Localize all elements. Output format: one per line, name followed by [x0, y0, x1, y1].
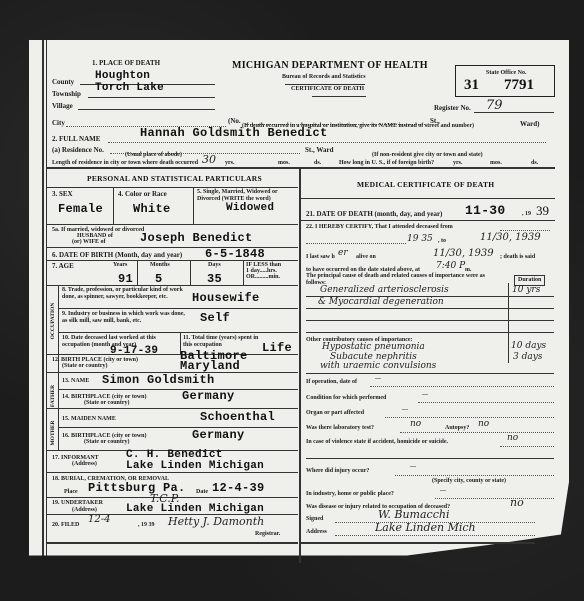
rule: [46, 354, 298, 355]
autopsy-value: no: [478, 419, 489, 429]
age-years: 91: [118, 272, 133, 286]
duration-label: Duration: [514, 275, 545, 286]
certificate-subtitle: CERTIFICATE OF DEATH: [291, 86, 364, 93]
rule: [306, 320, 554, 321]
township-label: Township: [52, 90, 81, 98]
marital-value: Widowed: [226, 202, 274, 214]
nonresident-note: (If non-resident give city or town and s…: [372, 152, 483, 159]
condition-label: Condition for which performed: [306, 395, 386, 402]
alive-on-label: alive on: [356, 254, 376, 261]
left-border-inner: [46, 40, 47, 560]
contrib-3: with uraemic convulsions: [320, 361, 436, 371]
rule: [370, 386, 554, 387]
length-ds: ds.: [314, 160, 321, 167]
rule: [193, 187, 194, 224]
medical-heading: MEDICAL CERTIFICATE OF DEATH: [357, 180, 494, 189]
county-value: Houghton: [95, 70, 150, 82]
residence-label: (a) Residence No.: [52, 146, 104, 154]
register-value: 79: [486, 98, 503, 113]
length-yrs: yrs.: [225, 160, 235, 167]
rule: [400, 432, 554, 433]
informant-sub: (Address): [72, 461, 97, 468]
injury-where-label: Where did injury occur?: [306, 468, 369, 475]
burial-date: 12-4-39: [212, 481, 265, 495]
rule: [113, 187, 114, 224]
injury-where-value: —: [410, 464, 416, 471]
to-label: , to: [438, 238, 446, 245]
dod-value: 11-30: [465, 203, 506, 218]
duration-column: [508, 283, 509, 363]
death-said-label: ; death is said: [500, 254, 535, 261]
state-office-box: State Office No. 31 7791: [455, 65, 555, 97]
dob-value: 6-5-1848: [205, 247, 265, 261]
us-length-label: How long in U. S., if of foreign birth?: [339, 160, 434, 167]
registrar-signature: Hetty J. Damonth: [168, 515, 264, 528]
dod-year-prefix: , 19: [522, 211, 531, 218]
township-line: [88, 97, 215, 98]
race-value: White: [133, 202, 171, 216]
personal-heading: PERSONAL AND STATISTICAL PARTICULARS: [87, 174, 262, 183]
full-name-value: Hannah Goldsmith Benedict: [140, 126, 328, 140]
state-office-number: 7791: [504, 77, 534, 94]
attended-from-year: 19 35: [407, 234, 433, 244]
operation-value: —: [375, 376, 381, 383]
place-of-death-heading: 1. PLACE OF DEATH: [92, 59, 160, 67]
bottom-rule: [300, 542, 535, 544]
rule: [385, 417, 554, 418]
rule: [58, 427, 298, 428]
lab-label: Was there laboratory test?: [306, 425, 374, 432]
rule: [243, 260, 244, 285]
autopsy-label: Autopsy?: [445, 425, 469, 432]
signed-label: Signed: [306, 516, 323, 523]
length-residence-value: 30: [202, 153, 216, 166]
spouse-label-3: (or) WIFE of: [72, 239, 106, 246]
organ-value: —: [402, 407, 408, 414]
birthplace-state: Maryland: [180, 359, 240, 373]
rule: [306, 332, 554, 333]
register-label: Register No.: [434, 104, 471, 112]
attended-to: 11/30, 1939: [480, 232, 541, 243]
rule: [46, 472, 298, 473]
length-residence-label: Length of residence in city or town wher…: [52, 160, 198, 167]
rule: [306, 373, 554, 374]
village-line: [78, 109, 215, 110]
marital-label: 5. Single, Married, Widowed or Divorced …: [197, 189, 297, 202]
months-label: Months: [150, 262, 170, 269]
sex-label: 3. SEX: [52, 190, 73, 198]
last-saw-pronoun: er: [338, 248, 348, 258]
burial-place-label: Place: [64, 489, 78, 496]
rule: [190, 260, 191, 285]
race-label: 4. Color or Race: [118, 190, 167, 198]
subtitle-rule-2: [312, 96, 366, 97]
abode-note: (Usual place of abode): [125, 152, 182, 159]
years-label: Years: [113, 262, 127, 269]
occupation-side-label: OCCUPATION: [50, 296, 56, 346]
cause-2: & Myocardial degeneration: [318, 297, 444, 307]
undertaker-sub: (Address): [72, 507, 97, 514]
mother-maiden-label: 15. MAIDEN NAME: [62, 416, 116, 423]
rule: [46, 408, 298, 409]
column-divider: [299, 168, 301, 563]
rule: [418, 402, 554, 403]
father-name: Simon Goldsmith: [102, 373, 215, 387]
register-line: [474, 112, 554, 113]
subtitle-rule: [285, 84, 365, 85]
registrar-label: Registrar.: [255, 531, 280, 538]
mother-side-label: MOTHER: [50, 416, 56, 450]
age-months: 5: [155, 272, 163, 286]
age-label: 7. AGE: [52, 262, 74, 270]
rule: [58, 332, 298, 333]
state-office-prefix: 31: [464, 77, 479, 94]
burial-date-label: Date: [196, 489, 208, 496]
filed-year: , 19 39: [138, 522, 155, 529]
state-office-label: State Office No.: [486, 70, 527, 77]
dob-label: 6. DATE OF BIRTH (Month, day and year): [52, 251, 182, 259]
mother-birthplace: Germany: [192, 428, 245, 442]
rule: [300, 198, 555, 199]
occurred-time: 7:40 P: [436, 261, 465, 271]
sex-value: Female: [58, 202, 103, 216]
rule: [335, 535, 535, 536]
mother-birthplace-sub: (State or country): [84, 439, 130, 446]
spouse-value: Joseph Benedict: [140, 231, 253, 245]
rule: [306, 308, 554, 309]
bureau-subtitle: Bureau of Records and Statistics: [282, 74, 366, 81]
alive-on: 11/30, 1939: [433, 248, 494, 259]
days-label: Days: [208, 262, 221, 269]
filed-date: 12-4: [88, 514, 110, 525]
contrib-duration-2: 3 days: [513, 352, 542, 362]
rule: [58, 372, 59, 450]
address-label: Address: [306, 529, 327, 536]
village-label: Village: [52, 102, 73, 110]
father-birthplace-sub: (State or country): [84, 400, 130, 407]
mother-maiden: Schoenthal: [200, 410, 275, 424]
violence-label: In case of violence state if accident, h…: [306, 439, 448, 446]
total-time-value: Life: [262, 341, 292, 355]
full-name-line: [108, 142, 546, 143]
contrib-1: Hypostatic pneumonia: [322, 342, 425, 352]
trade-label: 8. Trade, profession, or particular kind…: [62, 287, 187, 300]
full-name-label: 2. FULL NAME: [52, 135, 100, 143]
organ-label: Organ or part affected: [306, 410, 364, 417]
specify-note: (Specify city, county or state): [432, 478, 506, 485]
trade-value: Housewife: [192, 291, 260, 305]
length-mos: mos.: [278, 160, 290, 167]
rule: [300, 220, 555, 221]
township-value: Torch Lake: [95, 82, 164, 94]
rule: [306, 243, 406, 244]
rule: [46, 224, 298, 225]
dod-year: 39: [536, 203, 549, 219]
no-label: (No.: [228, 117, 241, 125]
rule: [46, 187, 298, 188]
us-ds: ds.: [531, 160, 538, 167]
occ-related-value: no: [510, 496, 524, 509]
rule: [58, 308, 298, 309]
rule: [306, 458, 554, 459]
total-time-label: 11. Total time (years) spent in this occ…: [183, 335, 263, 348]
department-title: MICHIGAN DEPARTMENT OF HEALTH: [232, 60, 428, 71]
city-label: City: [52, 119, 65, 127]
rule: [58, 389, 298, 390]
rule: [46, 260, 298, 261]
industry-place-label: In industry, home or public place?: [306, 491, 394, 498]
undertaker-label: 19. UNDERTAKER: [52, 500, 103, 507]
rule: [395, 475, 554, 476]
certify-label: 22. I HEREBY CERTIFY, That I attended de…: [306, 224, 453, 231]
ward-label: Ward): [520, 120, 539, 128]
signed-value: W. Bumacchi: [378, 508, 449, 521]
county-label: County: [52, 78, 74, 86]
st-ward-label: St., Ward: [305, 146, 333, 154]
lab-value: no: [410, 419, 421, 429]
industry-value: Self: [200, 311, 230, 325]
us-yrs: yrs.: [453, 160, 463, 167]
informant-address: Lake Linden Michigan: [126, 460, 264, 472]
age-days: 35: [207, 272, 222, 286]
filed-label: 20. FILED: [52, 522, 79, 529]
operation-label: If operation, date of: [306, 379, 357, 386]
father-birthplace: Germany: [182, 389, 235, 403]
industry-label: 9. Industry or business in which work wa…: [62, 311, 187, 324]
left-border: [42, 40, 44, 560]
birthplace-sub: (State or country): [62, 363, 108, 370]
cause-1: Generalized arteriosclerosis: [320, 285, 449, 295]
bottom-rule: [46, 542, 298, 544]
cause-duration: 10 yrs: [512, 285, 540, 295]
industry-place-value: —: [440, 488, 446, 495]
last-worked-value: 9-17-39: [110, 345, 158, 357]
contrib-duration-1: 10 days: [511, 341, 546, 351]
condition-value: —: [422, 392, 428, 399]
rule: [500, 446, 554, 447]
address-value: Lake Linden Mich: [375, 521, 476, 534]
violence-value: no: [507, 433, 518, 443]
us-mos: mos.: [490, 160, 502, 167]
last-saw-label: I last saw h: [306, 254, 335, 261]
less-label-3: OR.........min.: [246, 274, 280, 281]
rule: [435, 498, 554, 499]
rule: [137, 260, 138, 285]
rule: [46, 285, 298, 286]
dod-label: 21. DATE OF DEATH (month, day, and year): [306, 210, 442, 218]
father-name-label: 13. NAME: [62, 378, 89, 385]
rule: [500, 230, 550, 231]
